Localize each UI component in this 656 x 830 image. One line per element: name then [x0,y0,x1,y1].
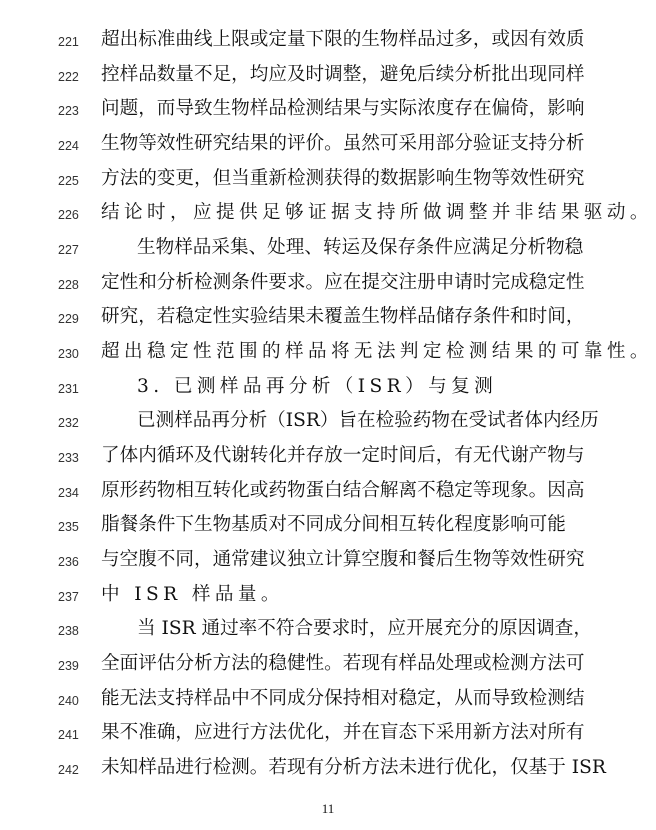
line-text: 定性和分析检测条件要求。应在提交注册申请时完成稳定性 [101,270,563,296]
text-line: 230超出稳定性范围的样品将无法判定检测结果的可靠性。 [0,336,656,370]
text-line: 232已测样品再分析（ISR）旨在检验药物在受试者体内经历 [0,405,656,439]
line-number: 237 [58,589,88,605]
line-text: 生物样品采集、处理、转运及保存条件应满足分析物稳 [137,235,563,261]
line-number: 234 [58,485,88,501]
line-number: 225 [58,173,88,189]
line-text: 研究，若稳定性实验结果未覆盖生物样品储存条件和时间， [101,304,563,330]
line-number: 223 [58,103,88,119]
line-text: 了体内循环及代谢转化并存放一定时间后，有无代谢产物与 [101,443,563,469]
text-line: 223问题，而导致生物样品检测结果与实际浓度存在偏倚，影响 [0,93,656,127]
line-text: 脂餐条件下生物基质对不同成分间相互转化程度影响可能 [101,512,563,538]
text-line: 239全面评估分析方法的稳健性。若现有样品处理或检测方法可 [0,648,656,682]
text-line: 241果不准确，应进行方法优化，并在盲态下采用新方法对所有 [0,717,656,751]
line-text: 中 ISR 样品量。 [101,582,563,608]
line-number: 221 [58,34,88,50]
line-text: 控样品数量不足，均应及时调整，避免后续分析批出现同样 [101,62,563,88]
page-number: 11 [0,801,656,817]
line-number: 241 [58,727,88,743]
text-line: 221超出标准曲线上限或定量下限的生物样品过多，或因有效质 [0,24,656,58]
line-text: 能无法支持样品中不同成分保持相对稳定，从而导致检测结 [101,686,563,712]
line-text: 未知样品进行检测。若现有分析方法未进行优化，仅基于 ISR [101,755,563,781]
line-text: 已测样品再分析（ISR）旨在检验药物在受试者体内经历 [137,408,563,434]
text-line: 229研究，若稳定性实验结果未覆盖生物样品储存条件和时间， [0,301,656,335]
text-line: 235脂餐条件下生物基质对不同成分间相互转化程度影响可能 [0,509,656,543]
text-line: 238当 ISR 通过率不符合要求时，应开展充分的原因调查， [0,613,656,647]
line-text: 方法的变更，但当重新检测获得的数据影响生物等效性研究 [101,166,563,192]
line-number: 228 [58,277,88,293]
text-line: 237中 ISR 样品量。 [0,579,656,613]
text-line: 226结论时，应提供足够证据支持所做调整并非结果驱动。 [0,197,656,231]
line-text: 结论时，应提供足够证据支持所做调整并非结果驱动。 [101,200,563,226]
line-text: 超出稳定性范围的样品将无法判定检测结果的可靠性。 [101,339,563,365]
text-line: 233了体内循环及代谢转化并存放一定时间后，有无代谢产物与 [0,440,656,474]
line-text: 问题，而导致生物样品检测结果与实际浓度存在偏倚，影响 [101,96,563,122]
document-page: 221超出标准曲线上限或定量下限的生物样品过多，或因有效质222控样品数量不足，… [0,0,656,830]
line-text: 当 ISR 通过率不符合要求时，应开展充分的原因调查， [137,616,563,642]
line-number: 232 [58,415,88,431]
line-number: 233 [58,450,88,466]
line-number: 227 [58,242,88,258]
line-text: 原形药物相互转化或药物蛋白结合解离不稳定等现象。因高 [101,478,563,504]
text-line: 240能无法支持样品中不同成分保持相对稳定，从而导致检测结 [0,683,656,717]
line-number: 236 [58,554,88,570]
text-line: 234原形药物相互转化或药物蛋白结合解离不稳定等现象。因高 [0,475,656,509]
line-number: 231 [58,381,88,397]
line-text: 果不准确，应进行方法优化，并在盲态下采用新方法对所有 [101,720,563,746]
line-number: 224 [58,138,88,154]
text-line: 2313. 已测样品再分析（ISR）与复测 [0,371,656,405]
text-line: 242未知样品进行检测。若现有分析方法未进行优化，仅基于 ISR [0,752,656,786]
line-number: 229 [58,311,88,327]
line-number: 235 [58,519,88,535]
line-text: 与空腹不同，通常建议独立计算空腹和餐后生物等效性研究 [101,547,563,573]
text-line: 236与空腹不同，通常建议独立计算空腹和餐后生物等效性研究 [0,544,656,578]
text-line: 227生物样品采集、处理、转运及保存条件应满足分析物稳 [0,232,656,266]
section-heading: 3. 已测样品再分析（ISR）与复测 [137,374,563,400]
line-number: 242 [58,762,88,778]
line-number: 240 [58,693,88,709]
text-line: 222控样品数量不足，均应及时调整，避免后续分析批出现同样 [0,59,656,93]
line-number: 239 [58,658,88,674]
line-text: 生物等效性研究结果的评价。虽然可采用部分验证支持分析 [101,131,563,157]
line-number: 238 [58,623,88,639]
line-text: 全面评估分析方法的稳健性。若现有样品处理或检测方法可 [101,651,563,677]
line-number: 222 [58,69,88,85]
text-line: 224生物等效性研究结果的评价。虽然可采用部分验证支持分析 [0,128,656,162]
text-line: 225方法的变更，但当重新检测获得的数据影响生物等效性研究 [0,163,656,197]
line-text: 超出标准曲线上限或定量下限的生物样品过多，或因有效质 [101,27,563,53]
line-number: 230 [58,346,88,362]
text-line: 228定性和分析检测条件要求。应在提交注册申请时完成稳定性 [0,267,656,301]
line-number: 226 [58,207,88,223]
